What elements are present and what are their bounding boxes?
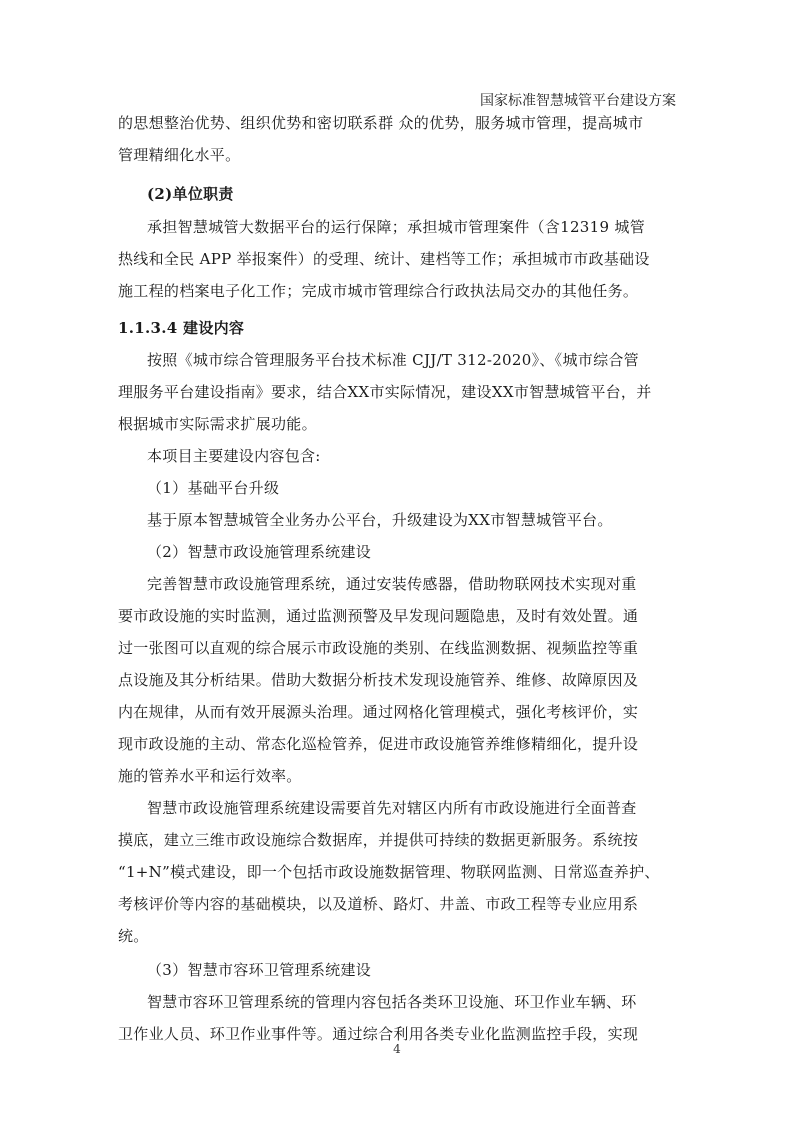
paragraph-line: 过一张图可以直观的综合展示市政设施的类别、在线监测数据、视频监控等重 bbox=[118, 638, 638, 658]
paragraph-line: 本项目主要建设内容包含: bbox=[147, 446, 321, 466]
paragraph-line: 完善智慧市政设施管理系统，通过安装传感器，借助物联网技术实现对重 bbox=[147, 574, 637, 594]
paragraph-line: 承担智慧城管大数据平台的运行保障；承担城市管理案件（含12319 城管 bbox=[147, 217, 645, 237]
paragraph-line: 摸底，建立三维市政设施综合数据库，并提供可持续的数据更新服务。系统按 bbox=[118, 830, 638, 850]
paragraph-line: 管理精细化水平。 bbox=[118, 145, 240, 165]
paragraph-line: 要市政设施的实时监测，通过监测预警及早发现问题隐患，及时有效处置。通 bbox=[118, 606, 638, 626]
paragraph-line: 根据城市实际需求扩展功能。 bbox=[118, 414, 317, 434]
paragraph-line: 现市政设施的主动、常态化巡检管养，促进市政设施管养维修精细化，提升设 bbox=[118, 734, 638, 754]
paragraph-line: 基于原本智慧城管全业务办公平台，升级建设为XX市智慧城管平台。 bbox=[147, 510, 613, 530]
paragraph-line: 的思想整治优势、组织优势和密切联系群 众的优势，服务城市管理，提高城市 bbox=[118, 113, 643, 133]
paragraph-line: 智慧市政设施管理系统建设需要首先对辖区内所有市政设施进行全面普查 bbox=[147, 798, 637, 818]
list-item-heading: （1）基础平台升级 bbox=[147, 478, 279, 498]
subheading-unit-duties: (2)单位职责 bbox=[147, 184, 234, 204]
running-header: 国家标准智慧城管平台建设方案 bbox=[480, 92, 676, 110]
page-number: 4 bbox=[0, 1042, 794, 1056]
list-item-heading: （2）智慧市政设施管理系统建设 bbox=[147, 542, 371, 562]
paragraph-line: 智慧市容环卫管理系统的管理内容包括各类环卫设施、环卫作业车辆、环 bbox=[147, 992, 637, 1012]
paragraph-line: 内在规律，从而有效开展源头治理。通过网格化管理模式，强化考核评价，实 bbox=[118, 702, 638, 722]
paragraph-line: “1+N”模式建设，即一个包括市政设施数据管理、物联网监测、日常巡查养护、 bbox=[118, 862, 660, 882]
paragraph-line: 考核评价等内容的基础模块，以及道桥、路灯、井盖、市政工程等专业应用系 bbox=[118, 894, 638, 914]
list-item-heading: （3）智慧市容环卫管理系统建设 bbox=[147, 960, 371, 980]
paragraph-line: 统。 bbox=[118, 926, 149, 946]
paragraph-line: 卫作业人员、环卫作业事件等。通过综合利用各类专业化监测监控手段，实现 bbox=[118, 1024, 638, 1044]
paragraph-line: 施工程的档案电子化工作；完成市城市管理综合行政执法局交办的其他任务。 bbox=[118, 281, 638, 301]
section-heading-construction-content: 1.1.3.4 建设内容 bbox=[118, 318, 244, 338]
paragraph-line: 按照《城市综合管理服务平台技术标准 CJJ/T 312-2020》、《城市综合管 bbox=[147, 350, 639, 370]
paragraph-line: 热线和全民 APP 举报案件）的受理、统计、建档等工作；承担城市市政基础设 bbox=[118, 249, 650, 269]
paragraph-line: 施的管养水平和运行效率。 bbox=[118, 766, 302, 786]
paragraph-line: 理服务平台建设指南》要求，结合XX市实际情况，建设XX市智慧城管平台，并 bbox=[118, 382, 652, 402]
paragraph-line: 点设施及其分析结果。借助大数据分析技术发现设施管养、维修、故障原因及 bbox=[118, 670, 638, 690]
